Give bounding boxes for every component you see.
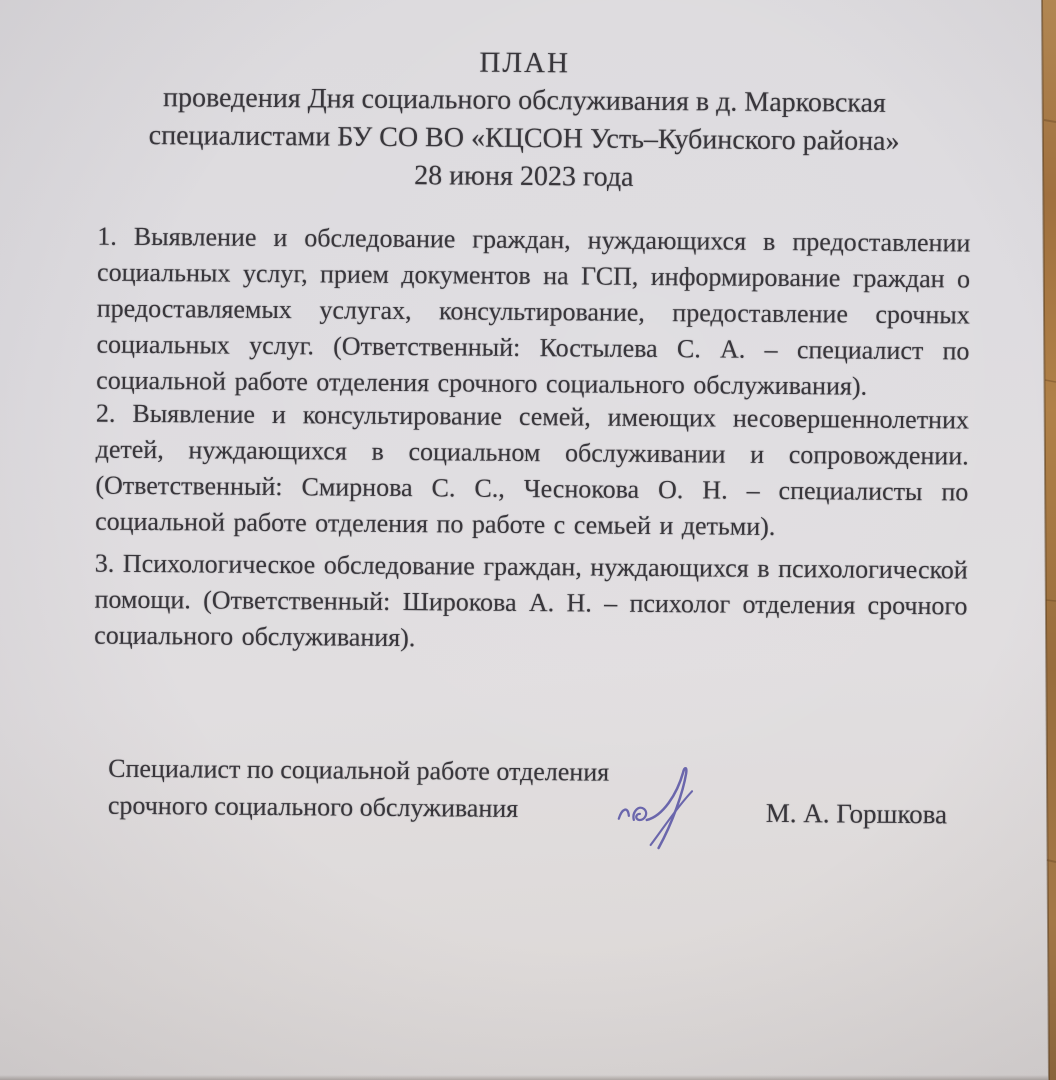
signature-block: Специалист по социальной работе отделени… (107, 750, 1014, 887)
plan-item-2: 2. Выявление и консультирование семей, и… (95, 396, 969, 547)
document-subtitle-line-2: специалистами БУ СО ВО «КЦСОН Усть–Кубин… (13, 116, 1035, 162)
handwritten-signature (608, 758, 744, 859)
plan-item-3: 3. Психологическое обследование граждан,… (94, 546, 968, 661)
document-date-line: 28 июня 2023 года (13, 154, 1035, 200)
document-photo: ПЛАН проведения Дня социального обслужив… (0, 0, 1056, 1080)
plan-item-1: 1. Выявление и обследование граждан, нуж… (96, 219, 970, 406)
table-edge (1038, 0, 1056, 1080)
document-page: ПЛАН проведения Дня социального обслужив… (0, 0, 1056, 1080)
signatory-name: М. А. Горшкова (766, 795, 947, 833)
paper-bottom-shadow (0, 1075, 1048, 1080)
document-header: ПЛАН проведения Дня социального обслужив… (13, 40, 1036, 200)
